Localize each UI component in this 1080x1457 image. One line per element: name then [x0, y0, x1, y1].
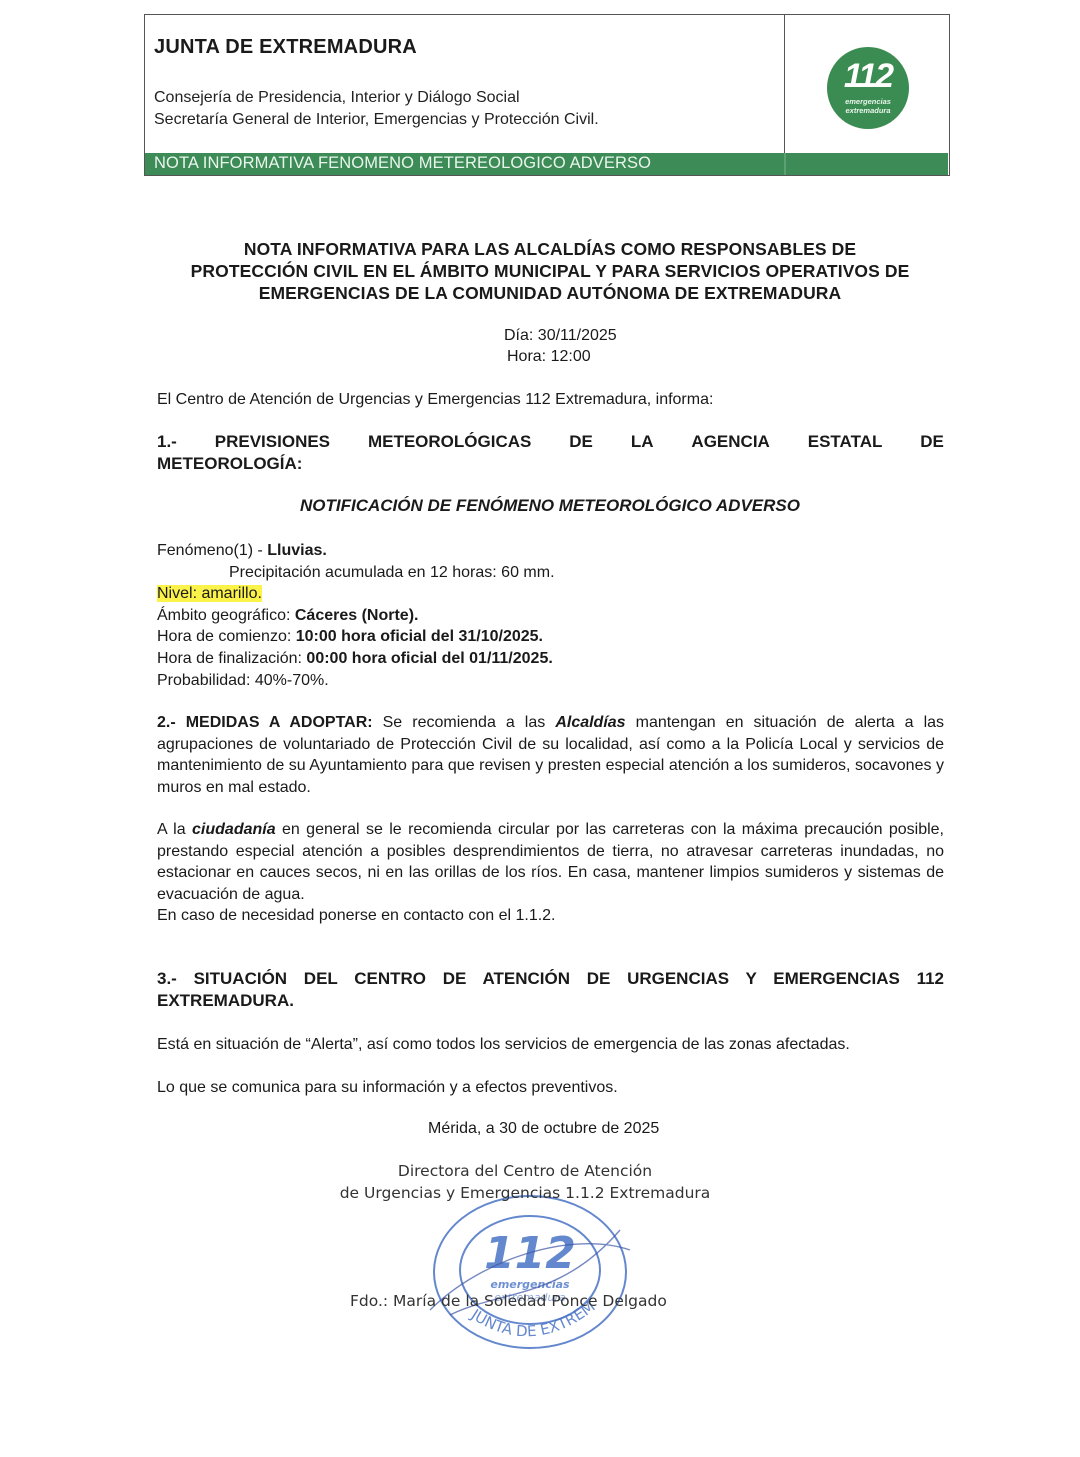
header-logo-cell: 112 emergencias extremadura — [785, 15, 949, 153]
banner-text: NOTA INFORMATIVA FENOMENO METEREOLOGICO … — [154, 154, 651, 173]
precipitation-line: Precipitación acumulada en 12 horas: 60 … — [157, 562, 944, 584]
org-title: JUNTA DE EXTREMADURA — [154, 36, 417, 59]
citizens-text: A la ciudadanía en general se le recomie… — [157, 819, 944, 905]
title-line: NOTA INFORMATIVA PARA LAS ALCALDÍAS COMO… — [150, 238, 950, 260]
closing-paragraph: Lo que se comunica para su información y… — [157, 1077, 944, 1099]
end-line: Hora de finalización: 00:00 hora oficial… — [157, 648, 944, 670]
end-label: Hora de finalización: — [157, 650, 306, 667]
heading-word: 1.- — [157, 431, 177, 453]
place-date: Mérida, a 30 de octubre de 2025 — [428, 1120, 659, 1138]
heading-word: DE — [920, 431, 944, 453]
area-label: Ámbito geográfico: — [157, 607, 295, 624]
section-3-heading-line: EXTREMADURA. — [157, 990, 944, 1012]
divider — [784, 153, 786, 175]
area-value: Cáceres (Norte). — [295, 607, 419, 624]
title-line: EMERGENCIAS DE LA COMUNIDAD AUTÓNOMA DE … — [150, 282, 950, 304]
signatory-title-line: de Urgencias y Emergencias 1.1.2 Extrema… — [320, 1184, 730, 1202]
start-label: Hora de comienzo: — [157, 628, 296, 645]
section-2-heading: 2.- MEDIDAS A ADOPTAR: — [157, 714, 373, 731]
text: Se recomienda a las — [373, 714, 556, 731]
logo-line: extremadura — [827, 106, 909, 115]
emphasis-ciudadania: ciudadanía — [192, 821, 276, 838]
header-banner: NOTA INFORMATIVA FENOMENO METEREOLOGICO … — [145, 153, 948, 175]
level-line: Nivel: amarillo. — [157, 583, 944, 605]
logo-number: 112 — [827, 57, 909, 96]
department-line: Consejería de Presidencia, Interior y Di… — [154, 89, 520, 107]
phenomenon-label: Fenómeno(1) - — [157, 542, 267, 559]
document-header: JUNTA DE EXTREMADURA Consejería de Presi… — [144, 14, 950, 176]
section-1-heading-line: 1.-PREVISIONESMETEOROLÓGICASDELAAGENCIAE… — [157, 431, 944, 453]
heading-word: METEOROLÓGICAS — [368, 431, 531, 453]
level-highlight: Nivel: amarillo. — [157, 585, 262, 602]
emergencias-112-logo-icon: 112 emergencias extremadura — [827, 47, 909, 129]
start-value: 10:00 hora oficial del 31/10/2025. — [296, 628, 543, 645]
phenomenon-value: Lluvias. — [267, 542, 327, 559]
section-3-heading-line: 3.- SITUACIÓN DEL CENTRO DE ATENCIÓN DE … — [157, 968, 944, 990]
status-paragraph: Está en situación de “Alerta”, así como … — [157, 1034, 944, 1056]
date-day: Día: 30/11/2025 — [504, 325, 617, 346]
section-1-heading-line: METEOROLOGÍA: — [157, 453, 944, 475]
logo-line: emergencias — [827, 97, 909, 106]
citizens-paragraph: A la ciudadanía en general se le recomie… — [157, 819, 944, 927]
signed-by: Fdo.: María de la Soledad Ponce Delgado — [350, 1292, 667, 1310]
date-time: Hora: 12:00 — [504, 346, 617, 367]
area-line: Ámbito geográfico: Cáceres (Norte). — [157, 605, 944, 627]
title-line: PROTECCIÓN CIVIL EN EL ÁMBITO MUNICIPAL … — [150, 260, 950, 282]
section-1-heading: 1.-PREVISIONESMETEOROLÓGICASDELAAGENCIAE… — [157, 431, 944, 475]
probability-line: Probabilidad: 40%-70%. — [157, 670, 944, 692]
contact-line: En caso de necesidad ponerse en contacto… — [157, 905, 944, 927]
official-stamp-icon: 112 emergencias extremadura JUNTA DE EXT… — [420, 1190, 640, 1350]
text: en general se le recomienda circular por… — [157, 821, 944, 903]
emphasis-alcaldias: Alcaldías — [555, 714, 625, 731]
signatory-title-line: Directora del Centro de Atención — [320, 1162, 730, 1180]
phenomenon-details: Fenómeno(1) - Lluvias. Precipitación acu… — [157, 540, 944, 691]
header-org-cell: JUNTA DE EXTREMADURA Consejería de Presi… — [145, 15, 785, 153]
section-2-paragraph: 2.- MEDIDAS A ADOPTAR: Se recomienda a l… — [157, 712, 944, 798]
department-line: Secretaría General de Interior, Emergenc… — [154, 111, 599, 129]
document-title: NOTA INFORMATIVA PARA LAS ALCALDÍAS COMO… — [150, 238, 950, 304]
intro-paragraph: El Centro de Atención de Urgencias y Eme… — [157, 389, 944, 411]
end-value: 00:00 hora oficial del 01/11/2025. — [306, 650, 552, 667]
text: A la — [157, 821, 192, 838]
start-line: Hora de comienzo: 10:00 hora oficial del… — [157, 626, 944, 648]
heading-word: DE — [569, 431, 593, 453]
heading-word: ESTATAL — [808, 431, 883, 453]
phenomenon-line: Fenómeno(1) - Lluvias. — [157, 540, 944, 562]
svg-text:112: 112 — [484, 1228, 576, 1279]
heading-word: LA — [631, 431, 654, 453]
section-3-heading: 3.- SITUACIÓN DEL CENTRO DE ATENCIÓN DE … — [157, 968, 944, 1012]
date-block: Día: 30/11/2025 Hora: 12:00 — [504, 325, 617, 367]
heading-word: PREVISIONES — [215, 431, 330, 453]
heading-word: AGENCIA — [691, 431, 769, 453]
notification-title: NOTIFICACIÓN DE FENÓMENO METEOROLÓGICO A… — [150, 496, 950, 516]
